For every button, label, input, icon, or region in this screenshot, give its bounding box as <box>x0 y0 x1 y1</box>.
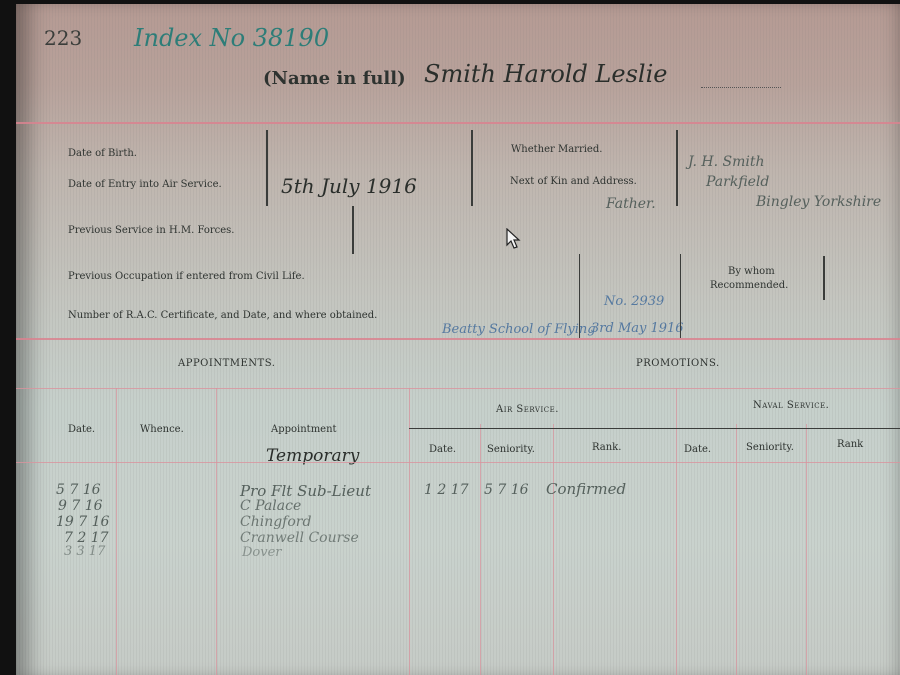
next-of-kin-label: Next of Kin and Address. <box>510 176 637 187</box>
divider <box>471 130 473 206</box>
page-number: 223 <box>44 26 82 50</box>
screen: 223 Index No 38190 (Name in full) Smith … <box>0 0 900 675</box>
appointments-col-date: Date. <box>68 424 95 435</box>
air-promotion-date: 1 2 17 <box>424 482 469 498</box>
appointment-value: Cranwell Course <box>240 530 359 546</box>
column-rule <box>216 388 217 675</box>
next-of-kin-address-line1: J. H. Smith <box>688 154 765 170</box>
naval-service-label: Naval Service. <box>753 400 829 411</box>
divider <box>676 130 678 206</box>
column-rule <box>676 388 677 675</box>
rule-heading-bottom <box>16 388 900 389</box>
service-divider <box>409 428 900 429</box>
divider <box>579 254 580 338</box>
name-value: Smith Harold Leslie <box>424 60 667 88</box>
naval-col-rank: Rank <box>837 439 863 450</box>
air-col-rank: Rank. <box>592 442 621 453</box>
appointments-col-appointment: Appointment <box>271 424 337 435</box>
mouse-cursor-icon <box>506 228 522 255</box>
rule-header-bottom <box>16 462 900 463</box>
appointment-note: Temporary <box>266 446 359 466</box>
recommended-label-1: By whom <box>728 266 775 277</box>
air-promotion-seniority: 5 7 16 <box>484 482 529 498</box>
air-promotion-rank: Confirmed <box>546 480 626 498</box>
naval-col-date: Date. <box>684 444 711 455</box>
name-label: (Name in full) <box>263 68 406 89</box>
recommended-label-2: Recommended. <box>710 280 788 291</box>
appointment-value: Chingford <box>240 514 311 530</box>
appointments-heading: APPOINTMENTS. <box>178 358 275 369</box>
divider <box>266 130 268 206</box>
next-of-kin-address-line3: Bingley Yorkshire <box>756 194 881 210</box>
rac-certificate-label: Number of R.A.C. Certificate, and Date, … <box>68 310 377 321</box>
rac-certificate-number: No. 2939 <box>604 294 664 309</box>
previous-service-label: Previous Service in H.M. Forces. <box>68 225 234 236</box>
divider <box>823 256 825 300</box>
appointment-value: C Palace <box>240 498 301 514</box>
date-of-entry-value: 5th July 1916 <box>281 174 417 198</box>
rac-certificate-where: Beatty School of Flying <box>442 322 596 337</box>
appointment-date: 3 3 17 <box>64 544 105 559</box>
next-of-kin-address-line2: Parkfield <box>706 174 769 190</box>
appointment-date: 9 7 16 <box>58 498 103 514</box>
name-dotted-line <box>701 87 781 88</box>
whether-married-label: Whether Married. <box>511 144 602 155</box>
next-of-kin-relation: Father. <box>606 196 656 212</box>
appointment-value: Dover <box>242 545 282 560</box>
rac-certificate-date: 3rd May 1916 <box>591 321 684 336</box>
divider <box>680 254 681 338</box>
appointment-date: 19 7 16 <box>56 514 109 530</box>
previous-occupation-label: Previous Occupation if entered from Civi… <box>68 271 305 282</box>
date-of-birth-label: Date of Birth. <box>68 148 137 159</box>
index-number: Index No 38190 <box>134 24 329 52</box>
divider <box>352 206 354 254</box>
column-rule <box>409 388 410 675</box>
naval-col-seniority: Seniority. <box>746 442 794 453</box>
air-col-date: Date. <box>429 444 456 455</box>
date-of-entry-label: Date of Entry into Air Service. <box>68 179 222 190</box>
appointment-date: 5 7 16 <box>56 482 101 498</box>
appointments-col-whence: Whence. <box>140 424 184 435</box>
column-rule <box>116 388 117 675</box>
rule-personal-bottom <box>16 338 900 340</box>
air-col-seniority: Seniority. <box>487 444 535 455</box>
air-service-label: Air Service. <box>496 404 559 415</box>
service-record-page: 223 Index No 38190 (Name in full) Smith … <box>16 4 900 675</box>
rule-top <box>16 122 900 124</box>
promotions-heading: PROMOTIONS. <box>636 358 720 369</box>
